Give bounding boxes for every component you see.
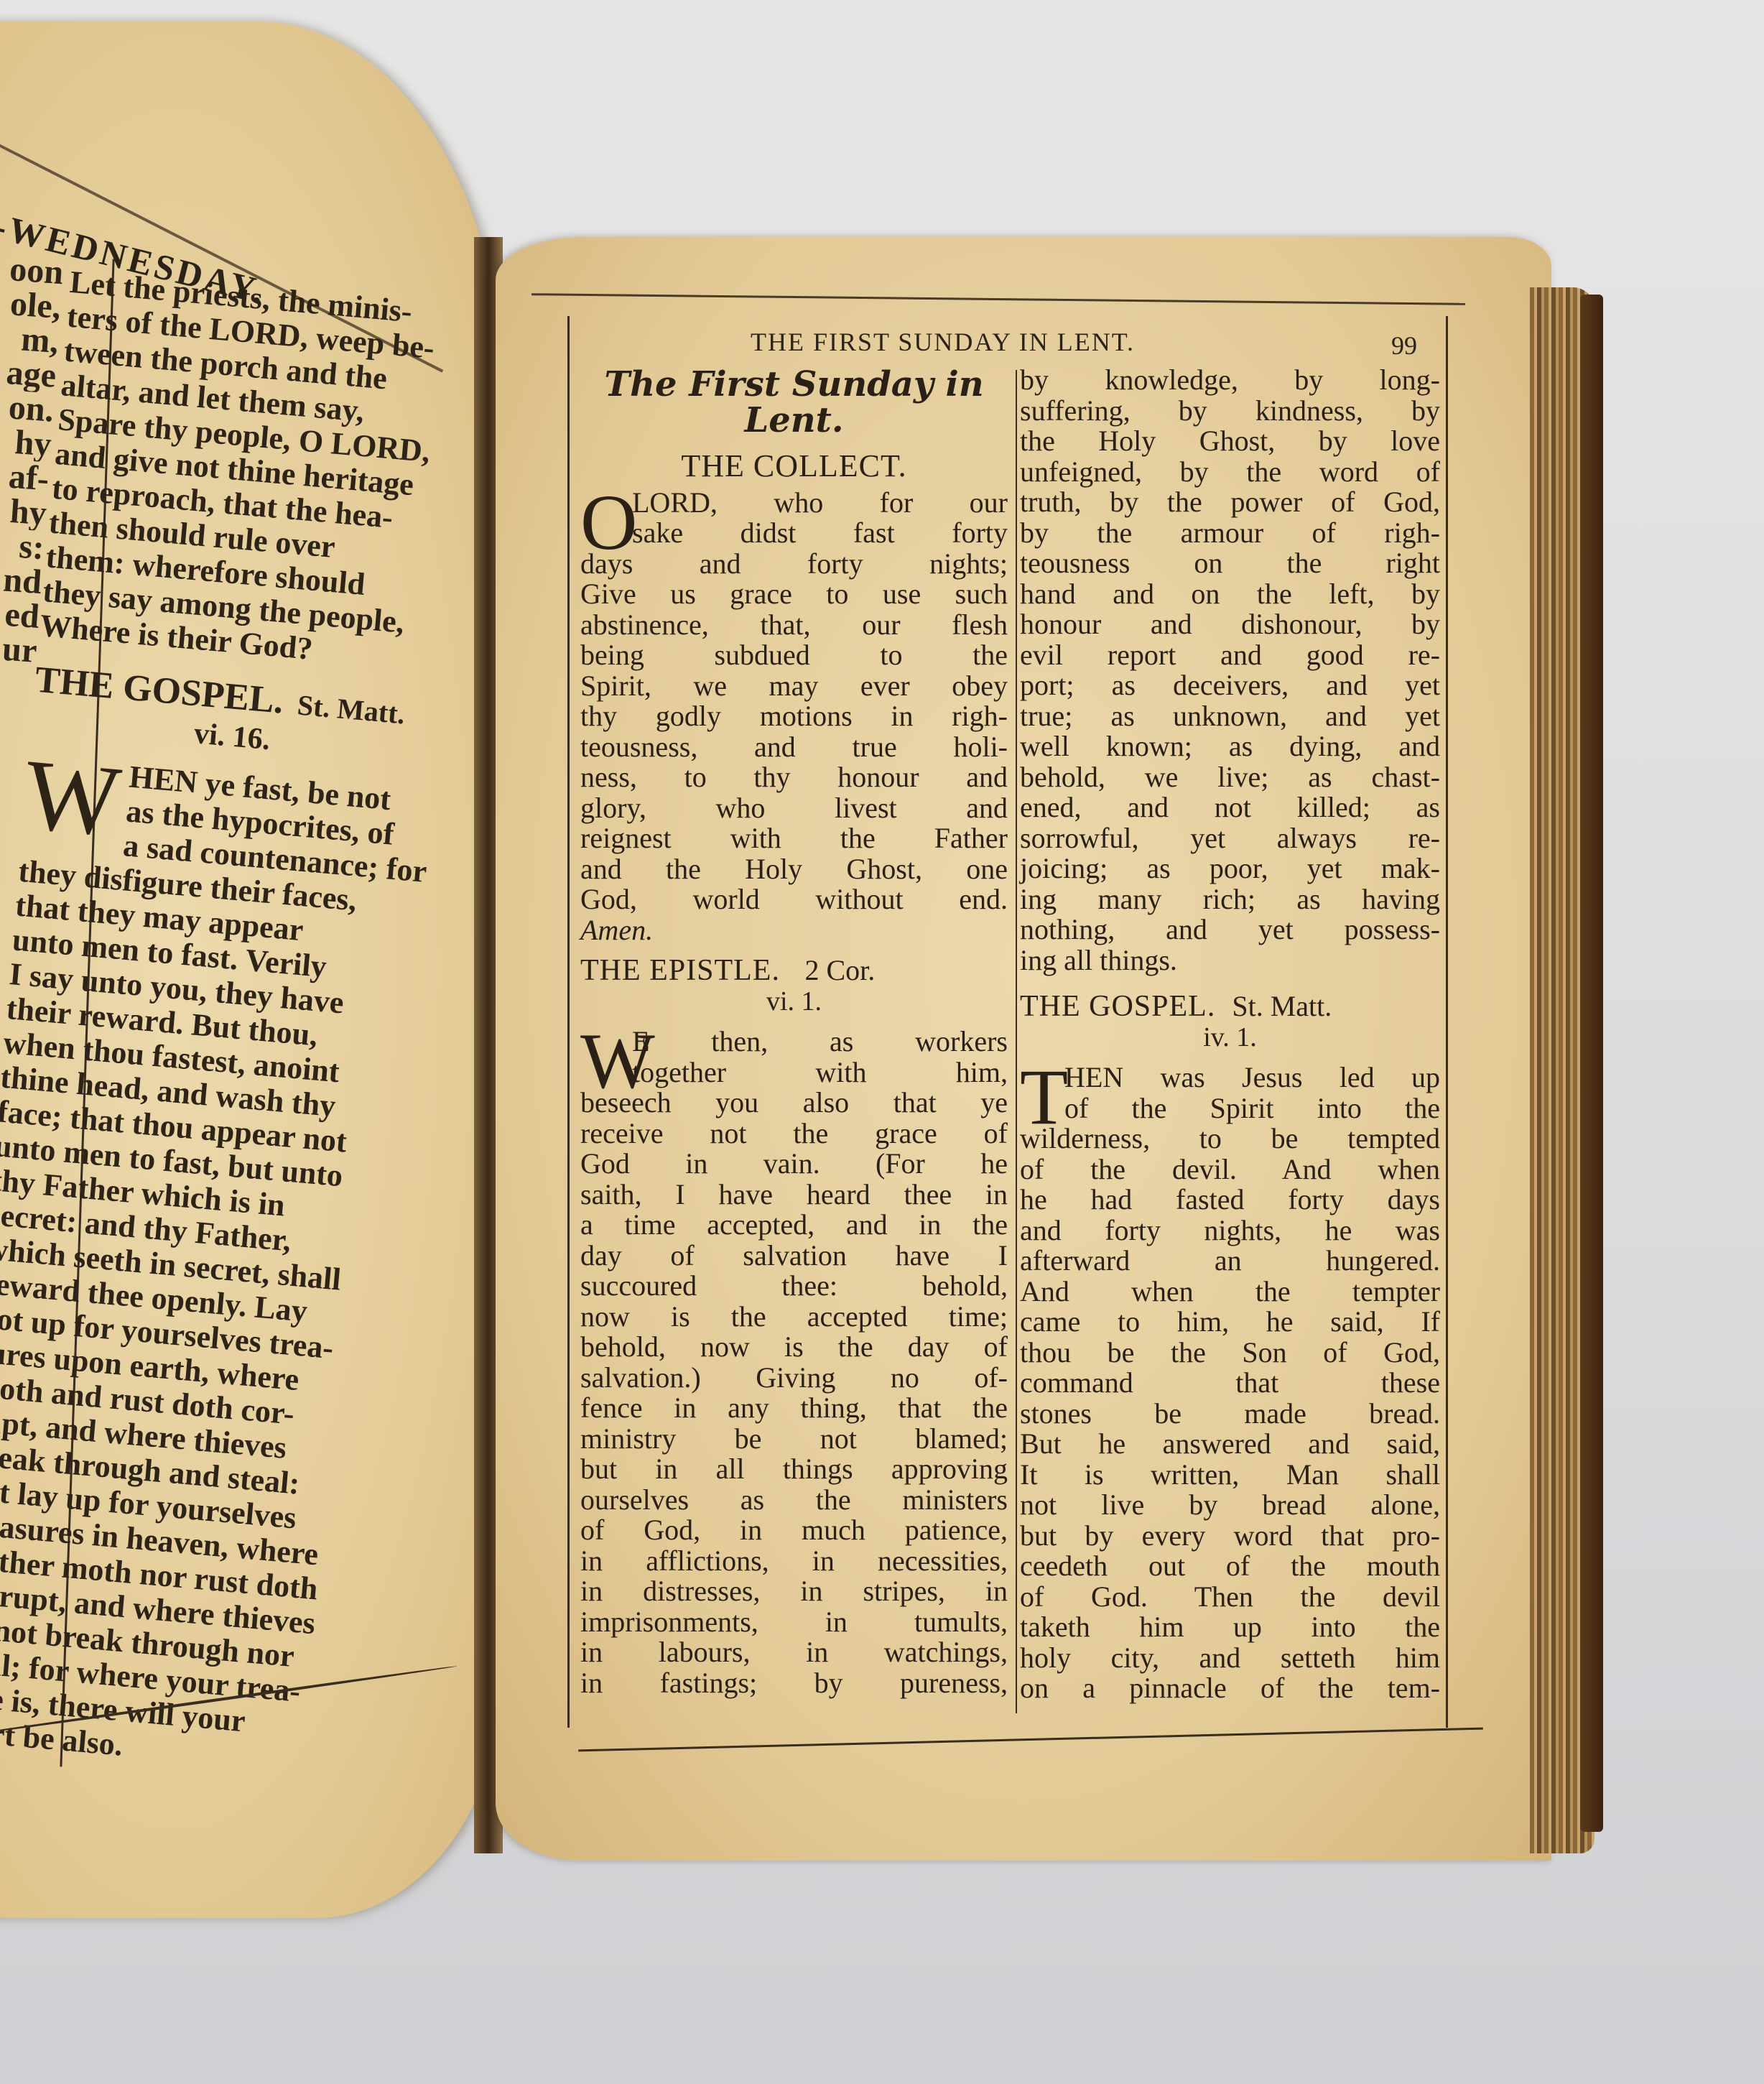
epistle-reference-verse: vi. 1. xyxy=(580,986,1008,1017)
day-title-line: Lent. xyxy=(580,402,1008,438)
text-line: holy city, and setteth him xyxy=(1020,1643,1440,1674)
amen: Amen. xyxy=(580,915,1008,946)
text-line: ministry be not blamed; xyxy=(580,1424,1008,1455)
text-line: It is written, Man shall xyxy=(1020,1460,1440,1491)
text-line: reignest with the Father xyxy=(580,823,1008,854)
text-line: thou be the Son of God, xyxy=(1020,1338,1440,1369)
text-line: ceedeth out of the mouth xyxy=(1020,1551,1440,1582)
text-line: afterward an hungered. xyxy=(1020,1246,1440,1277)
text-line: in labours, in watchings, xyxy=(580,1637,1008,1668)
text-line: God, world without end. xyxy=(580,884,1008,915)
text-line: Spirit, we may ever obey xyxy=(580,671,1008,702)
text-line: came to him, he said, If xyxy=(1020,1307,1440,1338)
text-line: the Holy Ghost, by love xyxy=(1020,426,1440,457)
text-line: command that these xyxy=(1020,1368,1440,1399)
text-line: day of salvation have I xyxy=(580,1241,1008,1272)
text-line: by the armour of righ- xyxy=(1020,518,1440,549)
gospel-reference: St. Matt. xyxy=(1232,990,1332,1022)
text-line: and forty nights, he was xyxy=(1020,1215,1440,1246)
text-line: God in vain. (For he xyxy=(580,1149,1008,1180)
text-line: LORD, who for our xyxy=(580,488,1008,519)
text-line: by knowledge, by long- xyxy=(1020,365,1440,396)
text-line: he had fasted forty days xyxy=(1020,1185,1440,1215)
text-line: wilderness, to be tempted xyxy=(1020,1124,1440,1154)
gospel-reference: St. Matt. xyxy=(296,689,406,731)
text-line: sorrowful, yet always re- xyxy=(1020,823,1440,854)
gospel-body: T HEN was Jesus led up of the Spirit int… xyxy=(1020,1062,1440,1704)
text-line: But he answered and said, xyxy=(1020,1429,1440,1460)
text-line: ness, to thy honour and xyxy=(580,762,1008,793)
text-line: stones be made bread. xyxy=(1020,1399,1440,1430)
text-line: imprisonments, in tumults, xyxy=(580,1607,1008,1638)
text-line: days and forty nights; xyxy=(580,549,1008,580)
drop-cap: W xyxy=(580,1027,655,1096)
photo-scene: -WEDNESDAY. oon ole, m, age on. hy af- h… xyxy=(0,0,1764,2084)
text-line: unfeigned, by the word of xyxy=(1020,457,1440,488)
collect-heading: THE COLLECT. xyxy=(580,451,1008,482)
text-line: of God. Then the devil xyxy=(1020,1582,1440,1613)
drop-cap: T xyxy=(1020,1062,1068,1131)
text-line: joicing; as poor, yet mak- xyxy=(1020,853,1440,884)
text-line: saith, I have heard thee in xyxy=(580,1180,1008,1210)
joel-passage: Let the priests, the minis- ters of the … xyxy=(0,265,472,1782)
text-line: nothing, and yet possess- xyxy=(1020,914,1440,945)
text-line: in fastings; by pureness, xyxy=(580,1668,1008,1699)
text-line: glory, who livest and xyxy=(580,793,1008,824)
text-line: being subdued to the xyxy=(580,640,1008,671)
leather-cover-edge xyxy=(1580,295,1603,1832)
right-column: by knowledge, by long- suffering, by kin… xyxy=(1020,365,1440,1704)
text-line: taketh him up into the xyxy=(1020,1612,1440,1643)
text-line: fence in any thing, that the xyxy=(580,1393,1008,1424)
collect-body: O LORD, who for our sake didst fast fort… xyxy=(580,488,1008,946)
text-line: ing many rich; as having xyxy=(1020,884,1440,915)
day-title-line: The First Sunday in xyxy=(580,366,1008,402)
text-line: true; as unknown, and yet xyxy=(1020,701,1440,732)
text-line: on a pinnacle of the tem- xyxy=(1020,1673,1440,1704)
text-line: of the Spirit into the xyxy=(1020,1093,1440,1124)
text-line: of the devil. And when xyxy=(1020,1154,1440,1185)
gospel-reference-verse: iv. 1. xyxy=(1020,1022,1440,1053)
text-line: a time accepted, and in the xyxy=(580,1210,1008,1241)
epistle-heading: THE EPISTLE. 2 Cor. xyxy=(580,955,1008,986)
running-head: THE FIRST SUNDAY IN LENT. xyxy=(751,327,1135,357)
text-line: behold, we live; as chast- xyxy=(1020,762,1440,793)
text-line: port; as deceivers, and yet xyxy=(1020,670,1440,701)
text-line: ourselves as the ministers xyxy=(580,1485,1008,1516)
text-line: honour and dishonour, by xyxy=(1020,609,1440,640)
text-line: succoured thee: behold, xyxy=(580,1271,1008,1302)
epistle-reference: 2 Cor. xyxy=(804,954,875,986)
page-number: 99 xyxy=(1391,330,1417,361)
text-line: ened, and not killed; as xyxy=(1020,792,1440,823)
text-line: HEN was Jesus led up xyxy=(1020,1062,1440,1093)
text-line: salvation.) Giving no of- xyxy=(580,1363,1008,1394)
text-line: now is the accepted time; xyxy=(580,1302,1008,1333)
epistle-body: W E then, as workers together with him, … xyxy=(580,1027,1008,1698)
text-line: behold, now is the day of xyxy=(580,1332,1008,1363)
text-line: in afflictions, in necessities, xyxy=(580,1546,1008,1577)
left-page-text: Let the priests, the minis- ters of the … xyxy=(0,259,430,1778)
gospel-heading: THE GOSPEL. St. Matt. xyxy=(1020,991,1440,1022)
text-line: suffering, by kindness, by xyxy=(1020,396,1440,427)
left-column: The First Sunday in Lent. THE COLLECT. O… xyxy=(580,366,1008,1698)
text-line: but in all things approving xyxy=(580,1454,1008,1485)
text-line: ing all things. xyxy=(1020,945,1440,976)
text-line: And when the tempter xyxy=(1020,1277,1440,1307)
text-line: well known; as dying, and xyxy=(1020,731,1440,762)
text-line: truth, by the power of God, xyxy=(1020,487,1440,518)
column-divider xyxy=(1016,370,1017,1713)
text-line: hand and on the left, by xyxy=(1020,579,1440,610)
text-line: teousness on the right xyxy=(1020,548,1440,579)
text-line: of God, in much patience, xyxy=(580,1515,1008,1546)
text-line: evil report and good re- xyxy=(1020,640,1440,671)
day-title: The First Sunday in Lent. xyxy=(580,366,1008,438)
epistle-heading-label: THE EPISTLE. xyxy=(580,954,780,987)
text-line: and the Holy Ghost, one xyxy=(580,854,1008,885)
drop-cap: W xyxy=(22,755,123,842)
text-line: Give us grace to use such xyxy=(580,579,1008,610)
text-line: not live by bread alone, xyxy=(1020,1490,1440,1521)
text-line: but by every word that pro- xyxy=(1020,1521,1440,1552)
epistle-continued: by knowledge, by long- suffering, by kin… xyxy=(1020,365,1440,976)
text-line: in distresses, in stripes, in xyxy=(580,1576,1008,1607)
text-line: thy godly motions in righ- xyxy=(580,701,1008,732)
text-line: receive not the grace of xyxy=(580,1119,1008,1149)
drop-cap: O xyxy=(580,488,637,557)
text-line: sake didst fast forty xyxy=(580,518,1008,549)
left-page: -WEDNESDAY. oon ole, m, age on. hy af- h… xyxy=(0,22,503,1918)
text-line: teousness, and true holi- xyxy=(580,732,1008,763)
text-line: abstinence, that, our flesh xyxy=(580,610,1008,641)
gospel-heading-label: THE GOSPEL. xyxy=(1020,990,1215,1023)
